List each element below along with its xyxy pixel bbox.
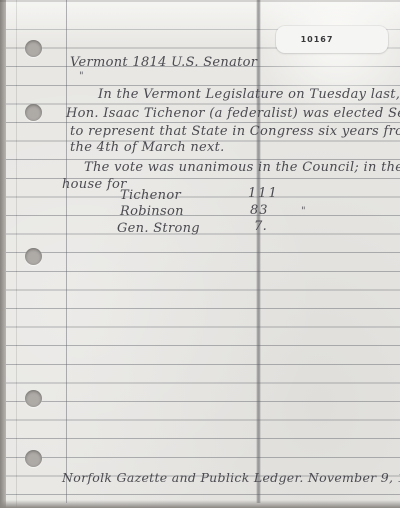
closing-quote-mark: " bbox=[301, 207, 306, 217]
scan-left-edge-shadow bbox=[0, 0, 6, 508]
vote-row-count: 7. bbox=[254, 220, 267, 233]
punch-hole bbox=[25, 248, 42, 265]
punch-hole bbox=[25, 390, 42, 407]
margin-line bbox=[66, 0, 67, 503]
catalog-number-sticker: 10167 bbox=[276, 26, 388, 53]
punch-hole bbox=[25, 40, 42, 57]
source-citation: Norfolk Gazette and Publick Ledger. Nove… bbox=[62, 472, 400, 485]
vote-row-name: Gen. Strong bbox=[117, 222, 200, 235]
vote-row-count: 83 bbox=[250, 204, 269, 217]
page-edge-line bbox=[16, 0, 17, 508]
punch-hole bbox=[25, 450, 42, 467]
handwritten-line: to represent that State in Congress six … bbox=[70, 125, 400, 138]
catalog-number: 10167 bbox=[301, 35, 334, 44]
handwritten-line: house for bbox=[62, 178, 127, 191]
handwritten-line: The vote was unanimous in the Council; i… bbox=[84, 161, 400, 174]
scan-bottom-edge-shadow bbox=[0, 500, 400, 508]
handwritten-line: In the Vermont Legislature on Tuesday la… bbox=[98, 88, 400, 101]
document-title: Vermont 1814 U.S. Senator bbox=[70, 56, 257, 69]
scanned-notebook-page: 10167 Vermont 1814 U.S. Senator " In the… bbox=[0, 0, 400, 508]
handwritten-line: the 4th of March next. bbox=[70, 141, 225, 154]
handwritten-line: Hon. Isaac Tichenor (a federalist) was e… bbox=[66, 107, 400, 120]
vote-row-count: 111 bbox=[248, 187, 279, 200]
fold-crease-line bbox=[256, 0, 261, 503]
vote-row-name: Tichenor bbox=[120, 189, 181, 202]
vote-row-name: Robinson bbox=[120, 205, 184, 218]
scan-top-edge-shadow bbox=[0, 0, 400, 2]
punch-hole bbox=[25, 104, 42, 121]
opening-quote-mark: " bbox=[79, 72, 84, 82]
